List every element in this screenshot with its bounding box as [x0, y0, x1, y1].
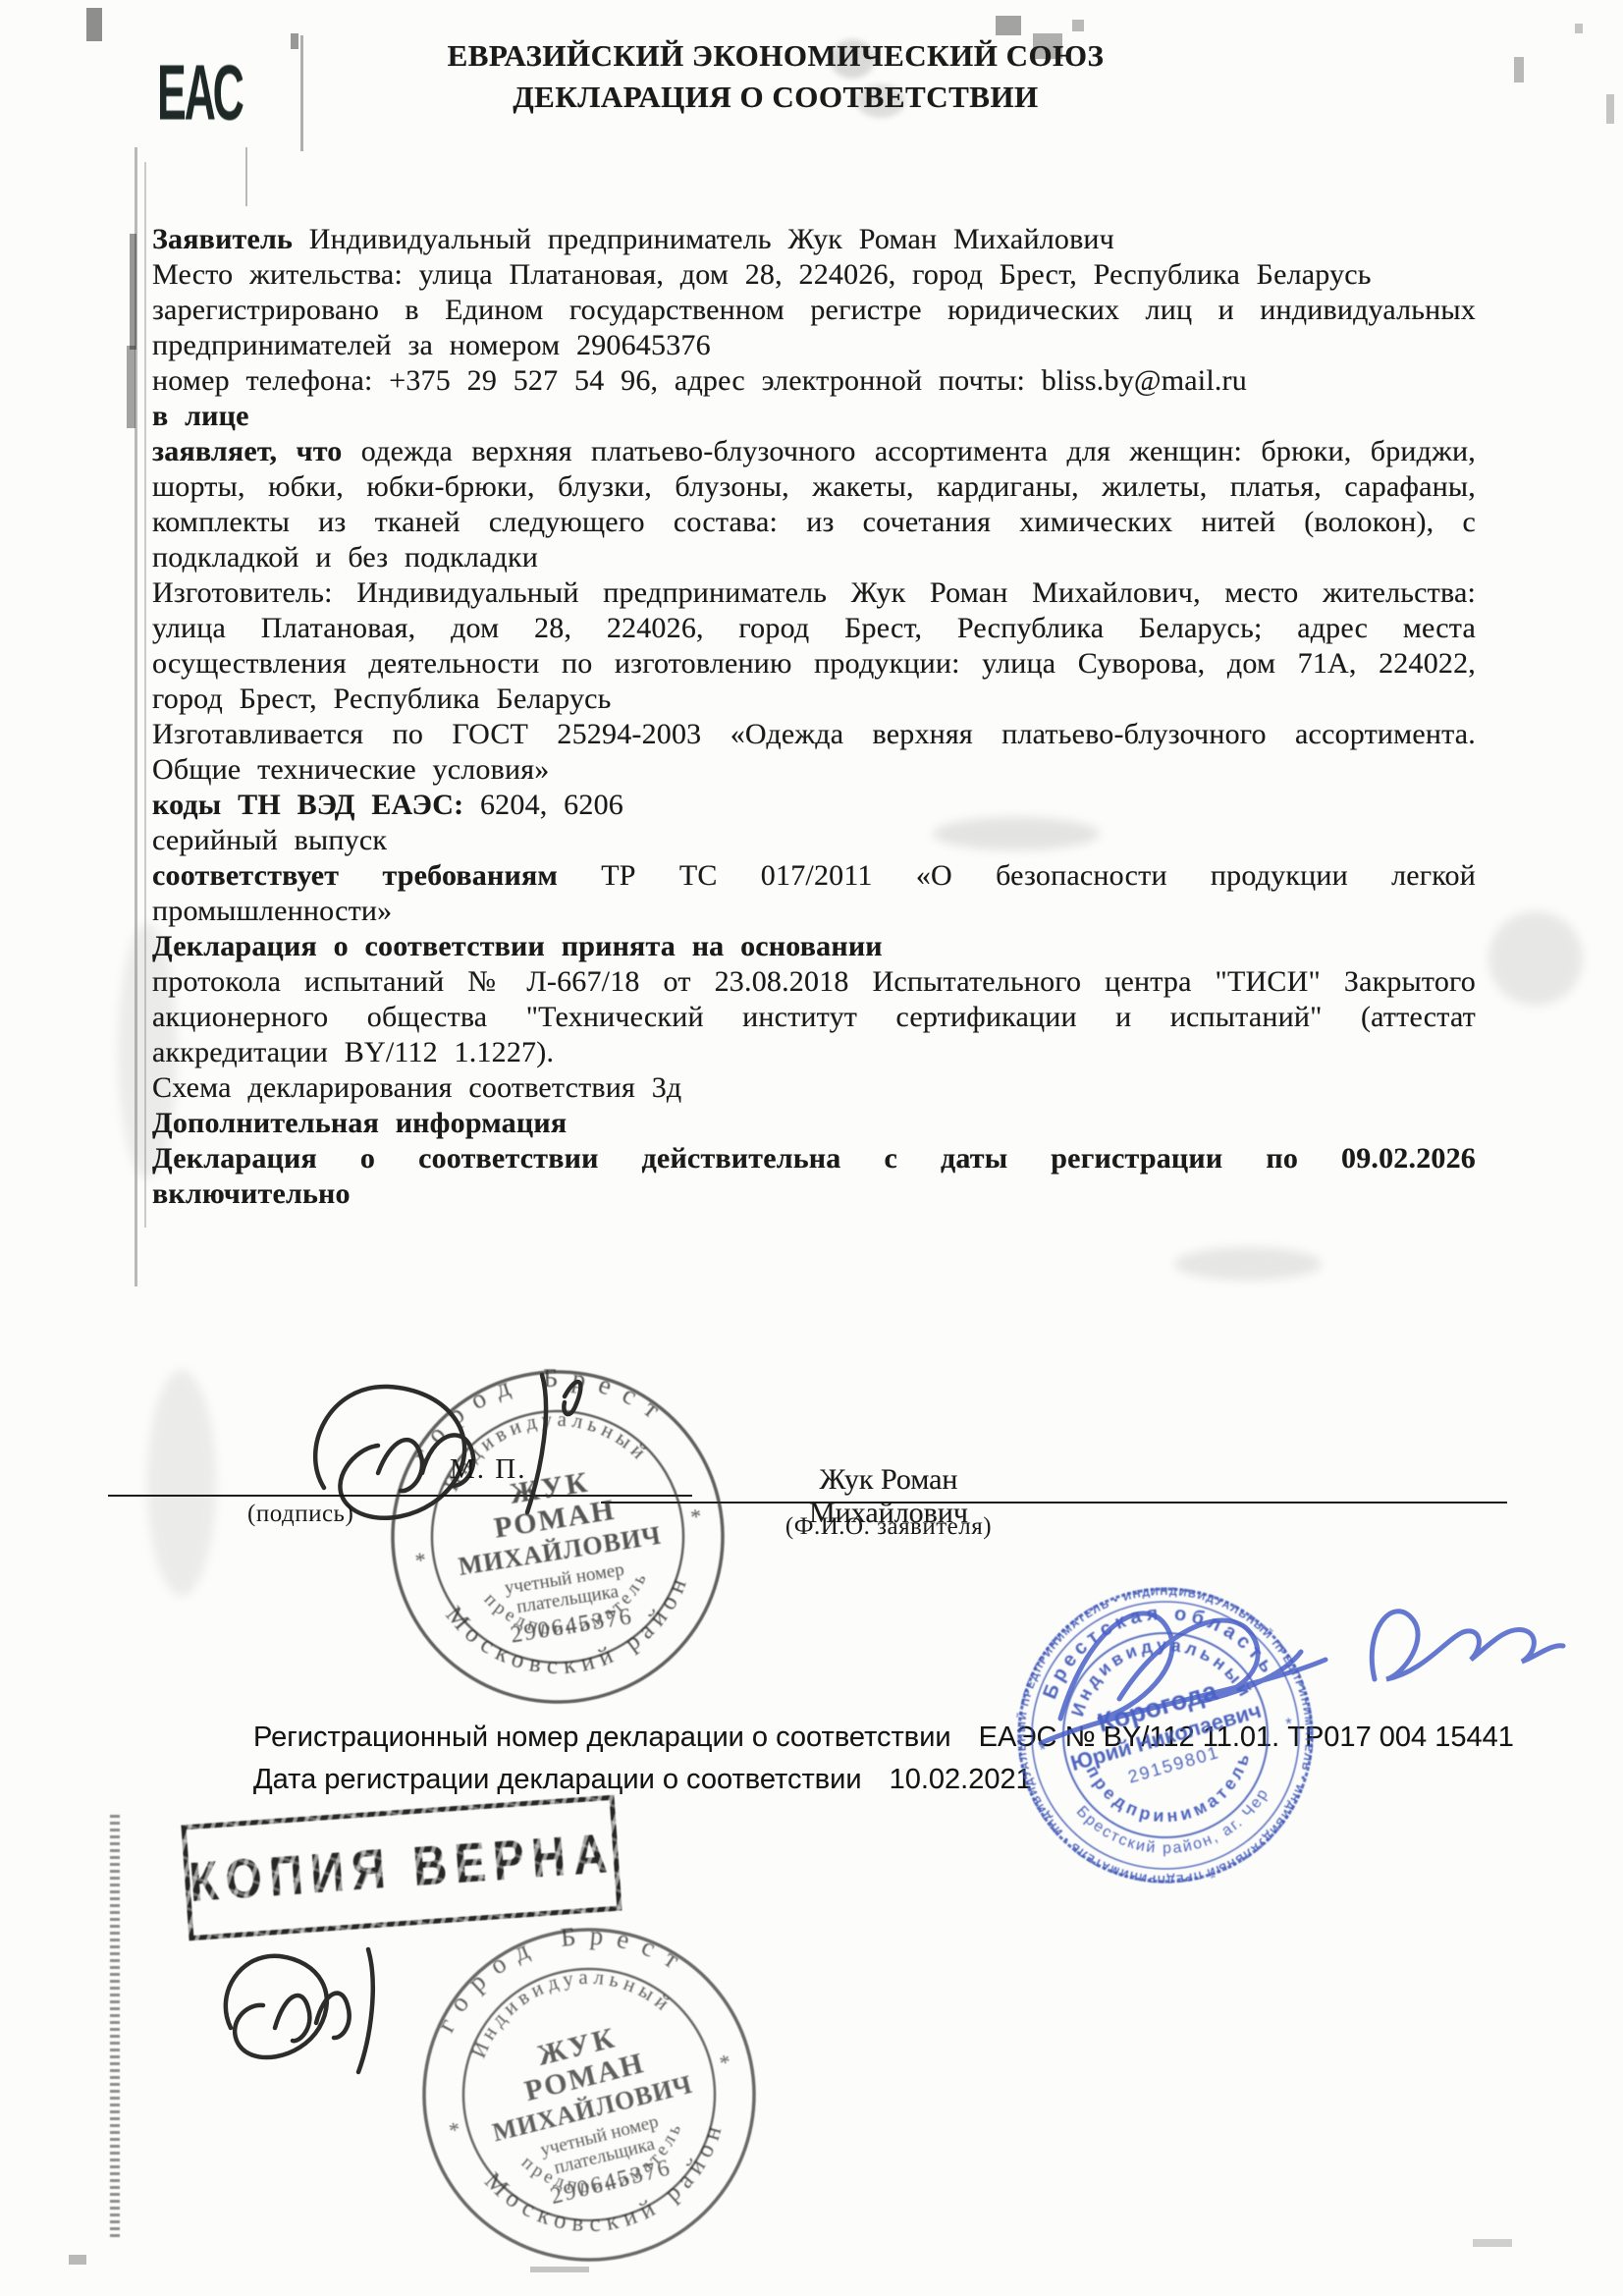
scan-noise [1473, 2239, 1512, 2247]
scan-noise [86, 8, 102, 41]
registration-date-line: Дата регистрации декларации о соответств… [253, 1764, 1032, 1796]
scan-ghost-blob [1174, 1247, 1322, 1281]
document-header: ЕВРАЗИЙСКИЙ ЭКОНОМИЧЕСКИЙ СОЮЗ ДЕКЛАРАЦИ… [167, 35, 1384, 118]
text-tnved-codes: 6204, 6206 [463, 789, 623, 821]
black-round-stamp-bottom: город Брест Московский район Индивидуаль… [381, 1886, 797, 2296]
stamp-distress-overlay [181, 1795, 622, 1941]
paragraph-conforms: соответствует требованиям ТР ТС 017/2011… [152, 858, 1476, 929]
stamp-star-right: * [717, 2050, 733, 2076]
scan-noise [996, 16, 1021, 35]
scan-noise [130, 234, 136, 350]
scan-noise [1606, 94, 1614, 124]
scan-noise [69, 2255, 86, 2265]
label-in-person: в лице [152, 400, 249, 432]
paragraph-phone-email: номер телефона: +375 29 527 54 96, адрес… [152, 363, 1476, 399]
paragraph-protocol: протокола испытаний № Л-667/18 от 23.08.… [152, 964, 1476, 1070]
scan-noise [1575, 24, 1583, 33]
scan-noise [245, 147, 247, 206]
label-additional-info: Дополнительная информация [152, 1107, 567, 1139]
scan-noise [1514, 57, 1524, 82]
declaration-body: Заявитель Индивидуальный предприниматель… [152, 222, 1476, 1212]
stamp-star-left: * [447, 2116, 463, 2143]
scan-noise-column [110, 1815, 120, 2237]
black-round-stamp-top: город Брест Московский район Индивидуаль… [361, 1340, 754, 1733]
paragraph-tnved: коды ТН ВЭД ЕАЭС: 6204, 6206 [152, 788, 1476, 823]
label-tnved: коды ТН ВЭД ЕАЭС: [152, 789, 463, 821]
label-conforms: соответствует требованиям [152, 859, 558, 892]
text-product: одежда верхняя платьево-блузочного ассор… [152, 435, 1476, 574]
text-applicant: Индивидуальный предприниматель Жук Роман… [293, 223, 1114, 255]
scan-noise [1072, 20, 1084, 31]
paragraph-gost: Изготавливается по ГОСТ 25294-2003 «Одеж… [152, 717, 1476, 788]
handwritten-signature-copy [206, 1935, 403, 2082]
paragraph-serial: серийный выпуск [152, 823, 1476, 858]
declaration-document-page: ЕАС ЕВРАЗИЙСКИЙ ЭКОНОМИЧЕСКИЙ СОЮЗ ДЕКЛА… [0, 0, 1623, 2296]
scan-noise [127, 346, 135, 428]
paragraph-additional-info: Дополнительная информация [152, 1106, 1476, 1141]
paragraph-validity: Декларация о соответствии действительна … [152, 1141, 1476, 1212]
paragraph-residence: Место жительства: улица Платановая, дом … [152, 257, 1476, 293]
blue-handwritten-signature [1001, 1561, 1591, 1915]
paragraph-basis-heading: Декларация о соответствии принята на осн… [152, 929, 1476, 964]
paragraph-in-person: в лице [152, 399, 1476, 434]
stamp-star-left: * [413, 1547, 428, 1572]
stamp-star-right: * [689, 1503, 704, 1529]
label-validity: Декларация о соответствии действительна … [152, 1142, 1476, 1210]
fio-label: (Ф.И.О. заявителя) [746, 1513, 1031, 1541]
registration-date-label: Дата регистрации декларации о соответств… [253, 1764, 862, 1795]
document-title-line2: ДЕКЛАРАЦИЯ О СООТВЕТСТВИИ [167, 77, 1384, 118]
paragraph-registered: зарегистрировано в Едином государственно… [152, 293, 1476, 363]
registration-number-label: Регистрационный номер декларации о соотв… [253, 1722, 951, 1753]
label-applicant: Заявитель [152, 223, 293, 255]
copy-verna-stamp: КОПИЯ ВЕРНА [181, 1795, 622, 1941]
paragraph-declares: заявляет, что одежда верхняя платьево-бл… [152, 434, 1476, 575]
scan-ghost-blob [1488, 911, 1583, 1006]
label-declares: заявляет, что [152, 435, 342, 467]
paragraph-applicant: Заявитель Индивидуальный предприниматель… [152, 222, 1476, 257]
scan-ghost-blob [147, 1370, 216, 1596]
label-basis: Декларация о соответствии принята на осн… [152, 930, 883, 962]
paragraph-scheme: Схема декларирования соответствия 3д [152, 1070, 1476, 1106]
paragraph-manufacturer: Изготовитель: Индивидуальный предпринима… [152, 575, 1476, 717]
document-title-line1: ЕВРАЗИЙСКИЙ ЭКОНОМИЧЕСКИЙ СОЮЗ [167, 35, 1384, 77]
